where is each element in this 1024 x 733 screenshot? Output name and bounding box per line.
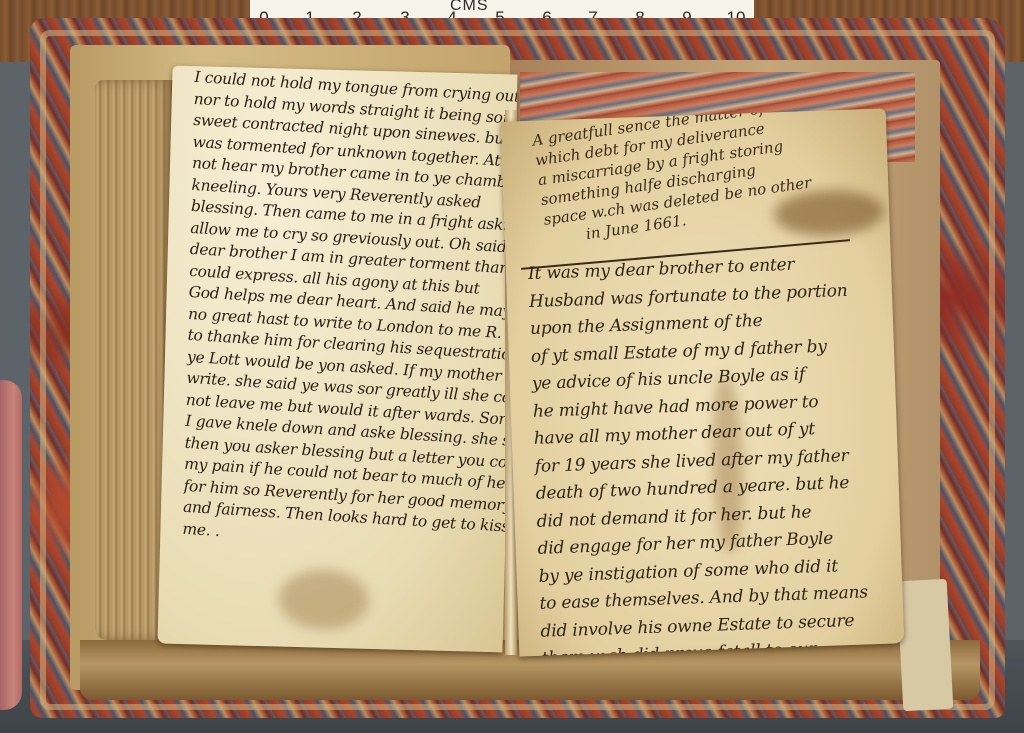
left-page-text: I could not hold my tongue from crying o… [160,66,517,560]
holding-finger [0,380,22,710]
water-stain [278,569,370,631]
left-manuscript-page: I could not hold my tongue from crying o… [157,66,517,653]
torn-paper-flap [897,579,954,711]
right-manuscript-page: A greatfull sence the matter of which de… [501,108,904,656]
right-page-heading: A greatfull sence the matter of which de… [531,108,815,249]
right-page-text: It was my dear brother to enter Husband … [528,250,871,657]
